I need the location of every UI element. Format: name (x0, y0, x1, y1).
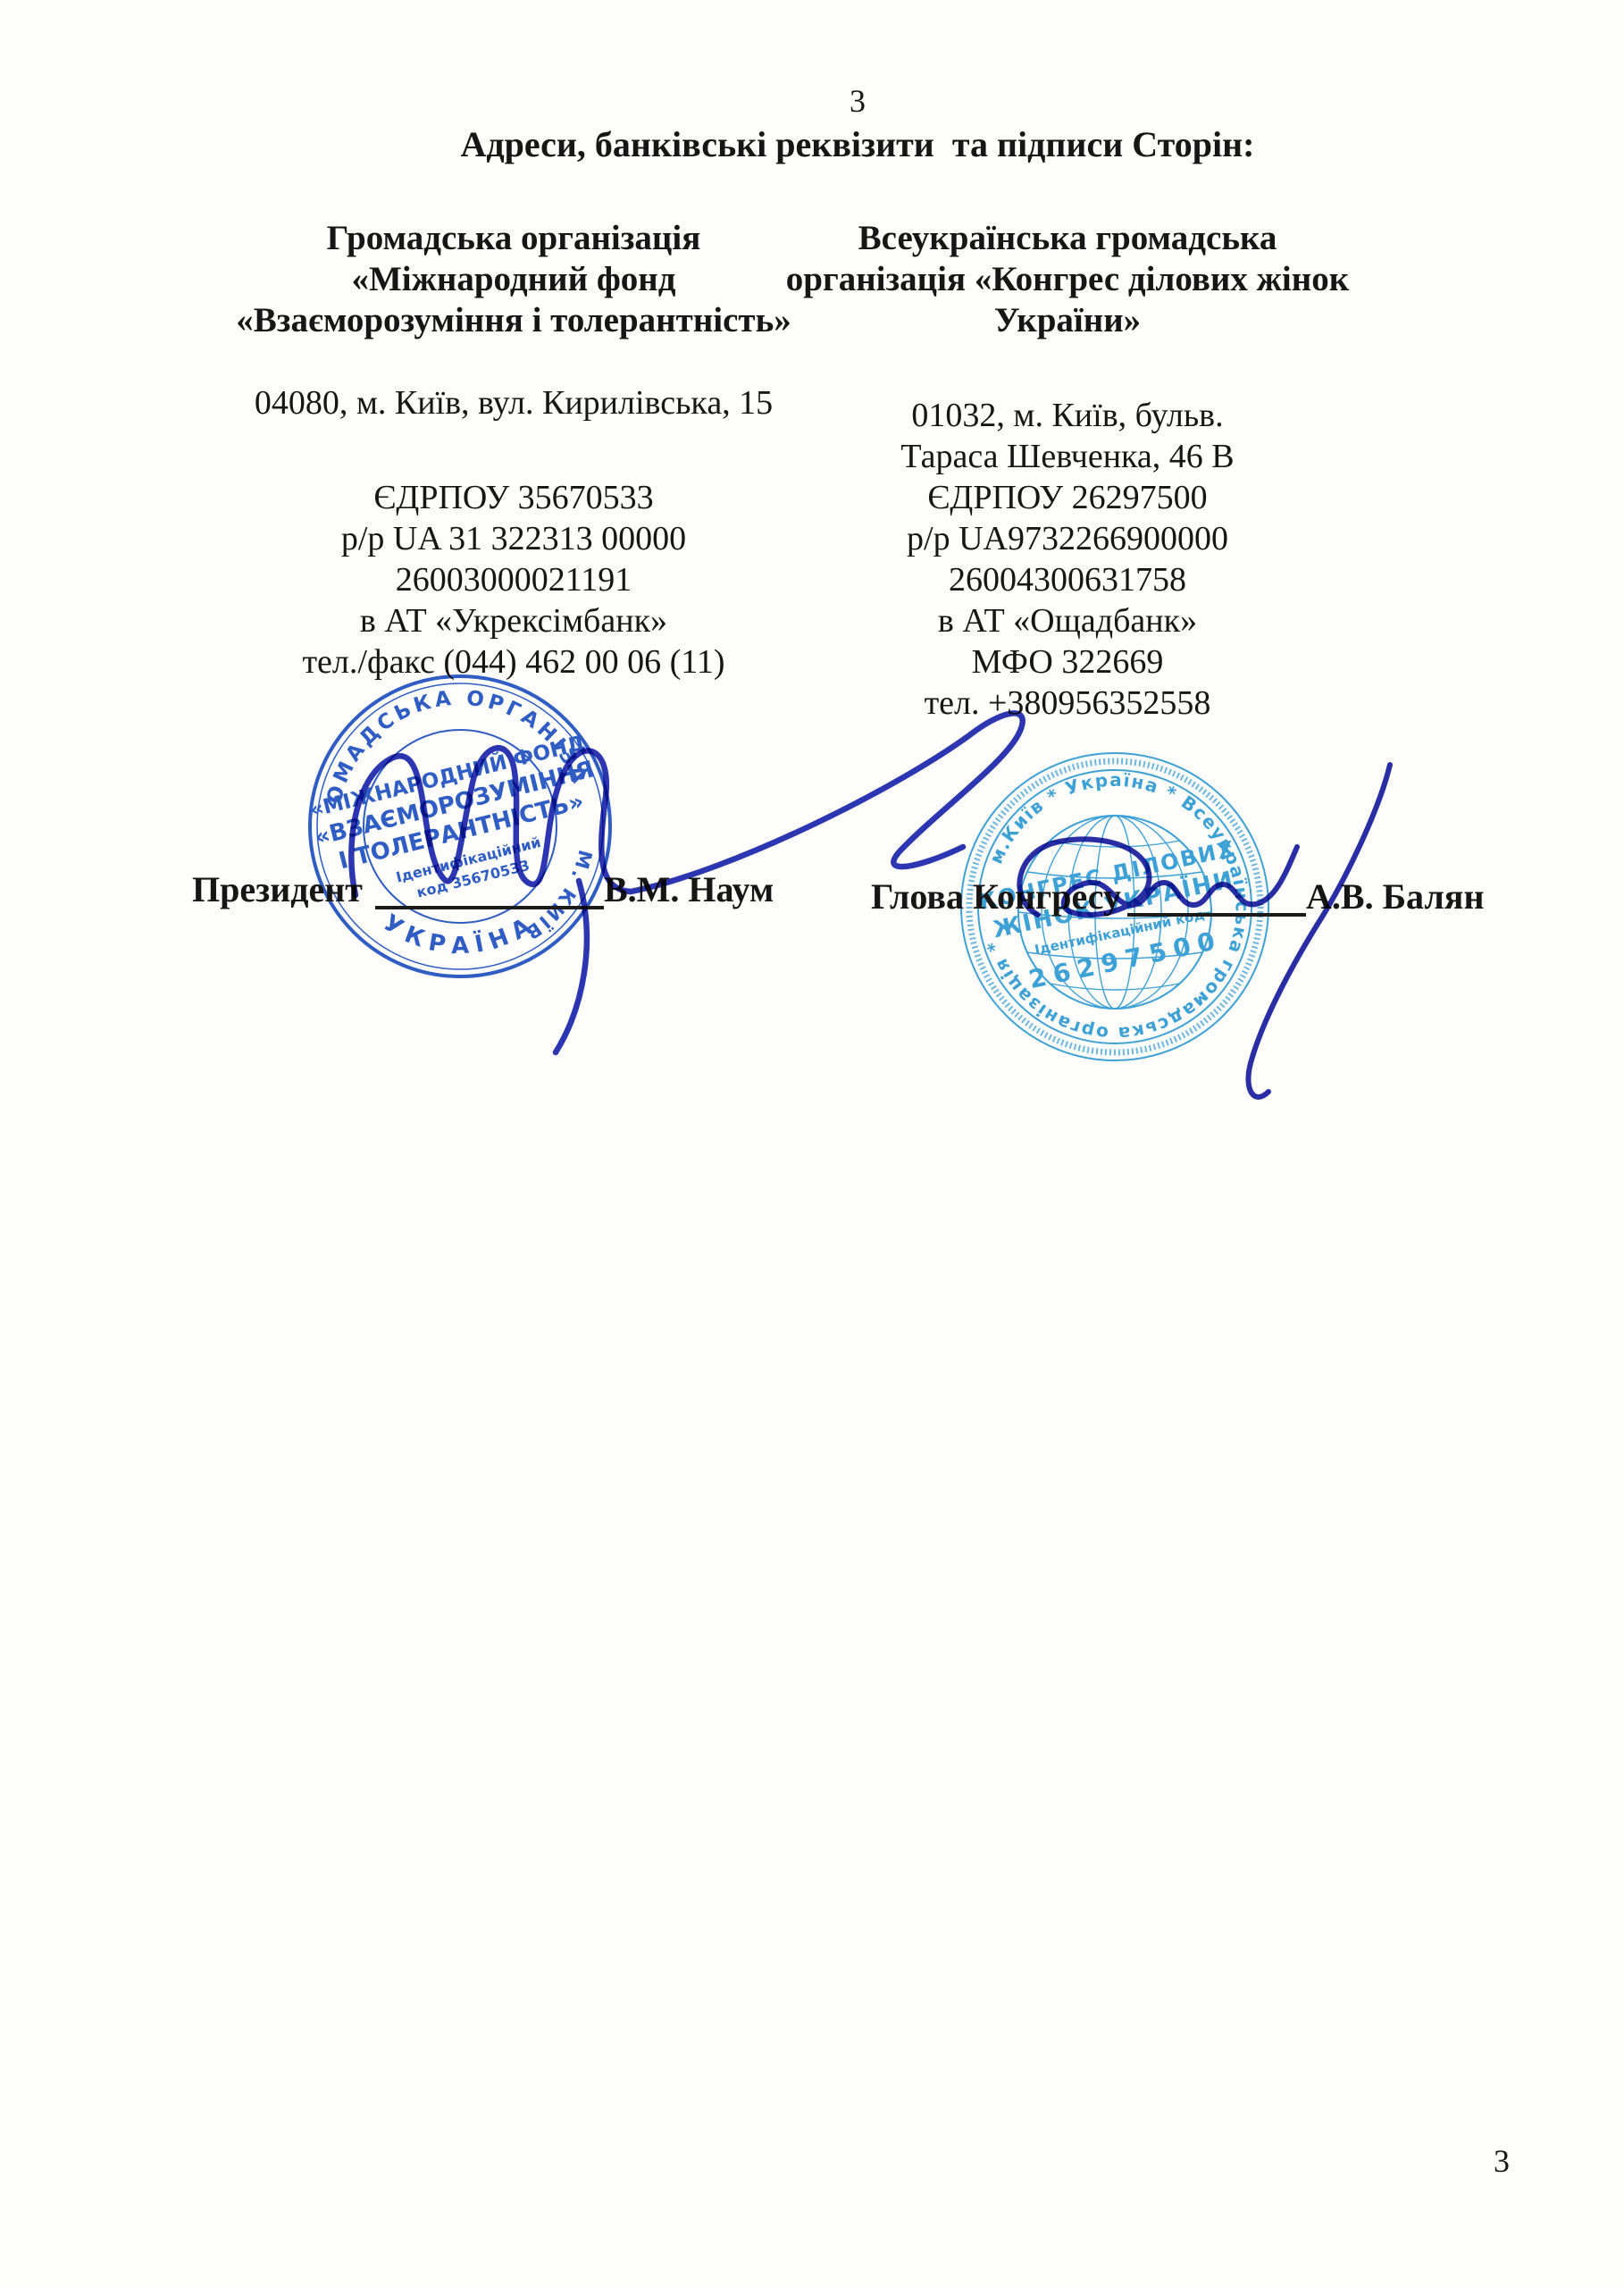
right-org-address-line: Тараса Шевченка, 46 В (710, 436, 1425, 477)
right-org-detail: ЄДРПОУ 26297500 (710, 477, 1425, 518)
spacer (710, 382, 1425, 395)
right-org-detail: 26004300631758 (710, 559, 1425, 600)
left-signature-title: Президент (192, 868, 363, 910)
page-title: Адреси, банківські реквізити та підписи … (89, 123, 1624, 165)
spacer (710, 341, 1425, 382)
left-stamp-ring-bottom-text: УКРАЇНА (379, 909, 542, 959)
right-org-name-line: України» (710, 300, 1425, 341)
left-org-round-stamp: ГРОМАДСЬКА ОРГАНІЗАЦІЯ М. КИЇВ УКРАЇНА «… (299, 666, 621, 987)
right-org-detail: р/р UA9732266900000 (710, 518, 1425, 559)
right-party-column: Всеукраїнська громадська організація «Ко… (710, 218, 1425, 724)
left-signature-line (375, 906, 604, 909)
page-number-bottom: 3 (1494, 2142, 1510, 2180)
svg-text:УКРАЇНА: УКРАЇНА (379, 909, 542, 959)
page-number-top: 3 (89, 82, 1624, 120)
document-page: 3 Адреси, банківські реквізити та підпис… (0, 0, 1624, 2287)
right-org-address-line: 01032, м. Київ, бульв. (710, 395, 1425, 436)
right-org-detail: тел. +380956352558 (710, 683, 1425, 724)
right-signature-line (1127, 913, 1306, 917)
right-org-name-line: організація «Конгрес ділових жінок (710, 259, 1425, 300)
right-org-detail: МФО 322669 (710, 641, 1425, 683)
right-org-name-line: Всеукраїнська громадська (710, 218, 1425, 259)
left-signatory-name: В.М. Наум (604, 868, 774, 910)
right-signatory-name: А.В. Балян (1306, 875, 1485, 917)
right-org-detail: в АТ «Ощадбанк» (710, 600, 1425, 641)
right-signature-title: Глова Конгресу (871, 875, 1121, 917)
